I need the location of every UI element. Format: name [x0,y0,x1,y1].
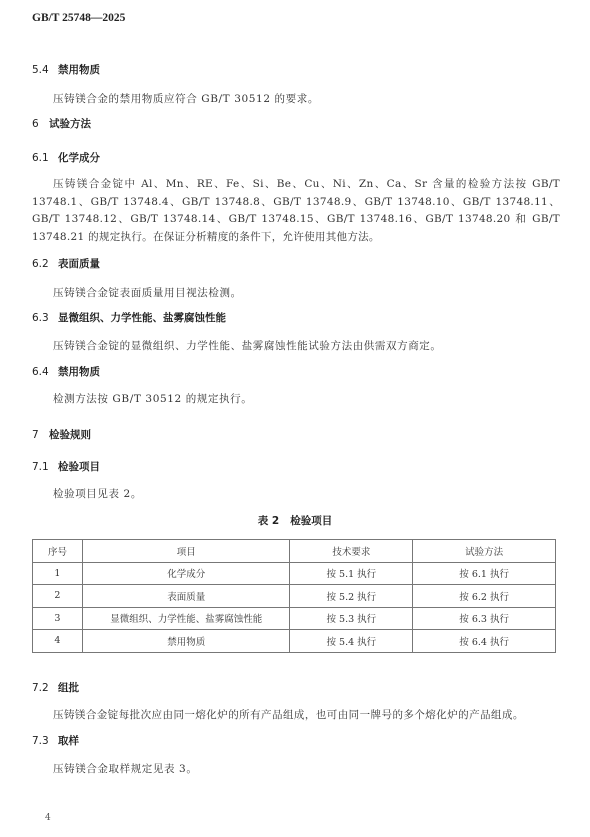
header-cell: 技术要求 [290,540,413,563]
heading-6: 6试验方法 [32,116,91,131]
section-number: 6.4 [32,366,58,378]
section-title: 取样 [58,735,79,747]
section-number: 7.1 [32,461,58,473]
inspection-items-table: 序号 项目 技术要求 试验方法 1 化学成分 按 5.1 执行 按 6.1 执行… [32,539,556,653]
table-cell: 按 5.4 执行 [290,630,413,653]
header-cell: 项目 [82,540,290,563]
section-title: 表面质量 [58,258,100,270]
table-cell: 1 [33,562,83,585]
paragraph-7-2: 压铸镁合金锭每批次应由同一熔化炉的所有产品组成，也可由同一牌号的多个熔化炉的产品… [53,707,524,722]
table-cell: 按 6.3 执行 [413,607,556,630]
table-cell: 4 [33,630,83,653]
section-title: 化学成分 [58,152,100,164]
section-title: 试验方法 [49,118,91,130]
heading-6-2: 6.2表面质量 [32,256,100,271]
section-title: 检验项目 [58,461,100,473]
section-title: 禁用物质 [58,366,100,378]
table-cell: 按 6.1 执行 [413,562,556,585]
heading-7-1: 7.1检验项目 [32,459,100,474]
table-cell: 按 5.3 执行 [290,607,413,630]
section-number: 5.4 [32,64,58,76]
heading-5-4: 5.4禁用物质 [32,62,100,77]
section-number: 6.2 [32,258,58,270]
table-row: 1 化学成分 按 5.1 执行 按 6.1 执行 [33,562,556,585]
table-header-row: 序号 项目 技术要求 试验方法 [33,540,556,563]
table-cell: 显微组织、力学性能、盐雾腐蚀性能 [82,607,290,630]
section-title: 检验规则 [49,429,91,441]
table-row: 2 表面质量 按 5.2 执行 按 6.2 执行 [33,585,556,608]
heading-7-2: 7.2组批 [32,680,79,695]
table-cell: 2 [33,585,83,608]
table-cell: 按 6.4 执行 [413,630,556,653]
section-number: 7.2 [32,682,58,694]
table-cell: 表面质量 [82,585,290,608]
table-caption: 表 2 检验项目 [0,513,590,528]
section-number: 7.3 [32,735,58,747]
paragraph-7-3: 压铸镁合金取样规定见表 3。 [53,761,197,776]
standard-code: GB/T 25748—2025 [32,12,125,24]
table-row: 4 禁用物质 按 5.4 执行 按 6.4 执行 [33,630,556,653]
paragraph-6-2: 压铸镁合金锭表面质量用目视法检测。 [53,285,242,300]
header-cell: 试验方法 [413,540,556,563]
page-number: 4 [45,813,51,823]
heading-6-4: 6.4禁用物质 [32,364,100,379]
section-number: 6.1 [32,152,58,164]
paragraph-6-3: 压铸镁合金锭的显微组织、力学性能、盐雾腐蚀性能试验方法由供需双方商定。 [53,338,442,353]
table-cell: 禁用物质 [82,630,290,653]
paragraph-7-1: 检验项目见表 2。 [53,486,142,501]
heading-6-1: 6.1化学成分 [32,150,100,165]
table-row: 3 显微组织、力学性能、盐雾腐蚀性能 按 5.3 执行 按 6.3 执行 [33,607,556,630]
paragraph-6-4: 检测方法按 GB/T 30512 的规定执行。 [53,391,252,406]
table-cell: 3 [33,607,83,630]
section-number: 7 [32,429,49,441]
table-cell: 化学成分 [82,562,290,585]
heading-7-3: 7.3取样 [32,733,79,748]
header-cell: 序号 [33,540,83,563]
table-cell: 按 6.2 执行 [413,585,556,608]
section-title: 禁用物质 [58,64,100,76]
paragraph-5-4: 压铸镁合金的禁用物质应符合 GB/T 30512 的要求。 [53,91,319,106]
table-cell: 按 5.1 执行 [290,562,413,585]
section-number: 6 [32,118,49,130]
paragraph-6-1: 压铸镁合金锭中 Al、Mn、RE、Fe、Si、Be、Cu、Ni、Zn、Ca、Sr… [32,176,560,246]
section-title: 组批 [58,682,79,694]
section-number: 6.3 [32,312,58,324]
heading-7: 7检验规则 [32,427,91,442]
heading-6-3: 6.3显微组织、力学性能、盐雾腐蚀性能 [32,310,226,325]
table-cell: 按 5.2 执行 [290,585,413,608]
section-title: 显微组织、力学性能、盐雾腐蚀性能 [58,312,226,324]
